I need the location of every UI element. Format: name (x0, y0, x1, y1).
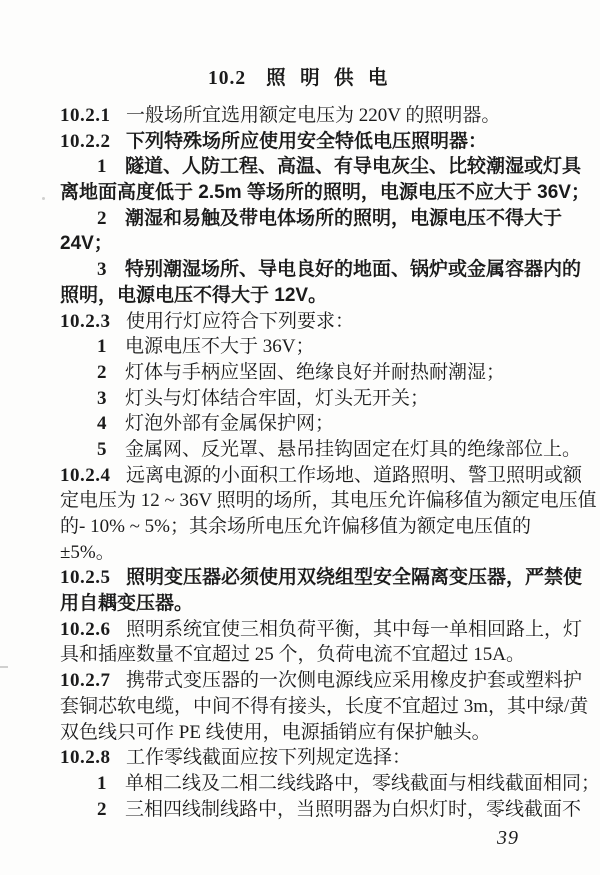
line-text: 携带式变压器的一次侧电源线应采用橡皮护套或塑料护 (126, 670, 582, 691)
list-item-line: 1电源电压不大于 36V； (60, 334, 542, 360)
item-number: 2 (97, 360, 125, 386)
line-text: 24V； (60, 233, 113, 254)
item-number: 3 (97, 386, 125, 412)
line-text: 一般场所宜选用额定电压为 220V 的照明器。 (126, 105, 500, 126)
line-text: 工作零线截面应按下列规定选择： (126, 747, 411, 768)
line-text: 用自耦变压器。 (60, 593, 193, 614)
item-number: 1 (97, 771, 125, 797)
line-text: 使用行灯应符合下列要求： (126, 311, 354, 332)
continuation-line: 24V； (60, 231, 542, 257)
clause-number: 10.2.3 (60, 309, 126, 335)
clause-number: 10.2.5 (60, 565, 126, 591)
line-text: 单相二线及二相二线线路中，零线截面与相线截面相同； (125, 773, 600, 794)
list-item-line: 1隧道、人防工程、高温、有导电灰尘、比较潮湿或灯具 (60, 154, 542, 180)
clause-line: 10.2.1一般场所宜选用额定电压为 220V 的照明器。 (60, 103, 542, 129)
clause-line: 10.2.7携带式变压器的一次侧电源线应采用橡皮护套或塑料护 (60, 668, 542, 694)
page-number: 39 (497, 827, 519, 850)
document-body: 10.2.1一般场所宜选用额定电压为 220V 的照明器。10.2.2下列特殊场… (60, 103, 542, 822)
line-text: 隧道、人防工程、高温、有导电灰尘、比较潮湿或灯具 (125, 156, 581, 177)
section-heading-title: 照 明 供 电 (266, 67, 392, 89)
continuation-line: 双色线只可作 PE 线使用，电源插销应有保护触头。 (60, 720, 542, 746)
line-text: 具和插座数量不宜超过 25 个，负荷电流不宜超过 15A。 (60, 644, 525, 665)
line-text: 双色线只可作 PE 线使用，电源插销应有保护触头。 (60, 722, 491, 743)
clause-number: 10.2.4 (60, 463, 126, 489)
line-text: 定电压为 12 ~ 36V 照明的场所，其电压允许偏移值为额定电压值 (60, 490, 597, 511)
clause-line: 10.2.6照明系统宜使三相负荷平衡，其中每一单相回路上，灯 (60, 617, 542, 643)
continuation-line: 用自耦变压器。 (60, 591, 542, 617)
line-text: 远离电源的小面积工作场地、道路照明、警卫照明或额 (126, 465, 582, 486)
line-text: 金属网、反光罩、悬吊挂钩固定在灯具的绝缘部位上。 (125, 439, 581, 460)
continuation-line: 定电压为 12 ~ 36V 照明的场所，其电压允许偏移值为额定电压值 (60, 488, 542, 514)
clause-line: 10.2.3使用行灯应符合下列要求： (60, 309, 542, 335)
continuation-line: 离地面高度低于 2.5m 等场所的照明，电源电压不应大于 36V； (60, 180, 542, 206)
line-text: 套铜芯软电缆，中间不得有接头，长度不宜超过 3m，其中绿/黄 (60, 696, 588, 717)
line-text: 三相四线制线路中，当照明器为白炽灯时，零线截面不 (125, 799, 581, 820)
clause-number: 10.2.1 (60, 103, 126, 129)
clause-number: 10.2.8 (60, 745, 126, 771)
line-text: 的- 10% ~ 5%；其余场所电压允许偏移值为额定电压值的 (60, 516, 531, 537)
continuation-line: 具和插座数量不宜超过 25 个，负荷电流不宜超过 15A。 (60, 642, 542, 668)
line-text: 离地面高度低于 2.5m 等场所的照明，电源电压不应大于 36V； (60, 182, 590, 203)
item-number: 3 (97, 257, 125, 283)
item-number: 2 (97, 797, 125, 823)
list-item-line: 5金属网、反光罩、悬吊挂钩固定在灯具的绝缘部位上。 (60, 437, 542, 463)
line-text: 灯头与灯体结合牢固，灯头无开关； (125, 388, 429, 409)
item-number: 2 (97, 206, 125, 232)
clause-number: 10.2.2 (60, 129, 126, 155)
line-text: 下列特殊场所应使用安全特低电压照明器： (126, 131, 487, 152)
section-heading: 10.2照 明 供 电 (0, 62, 600, 90)
item-number: 1 (97, 154, 125, 180)
line-text: 电源电压不大于 36V； (125, 336, 314, 357)
line-text: 特别潮湿场所、导电良好的地面、锅炉或金属容器内的 (125, 259, 581, 280)
list-item-line: 1单相二线及二相二线线路中，零线截面与相线截面相同； (60, 771, 542, 797)
list-item-line: 2潮湿和易触及带电体场所的照明，电源电压不得大于 (60, 206, 542, 232)
list-item-line: 2三相四线制线路中，当照明器为白炽灯时，零线截面不 (60, 797, 542, 823)
line-text: 灯体与手柄应坚固、绝缘良好并耐热耐潮湿； (125, 362, 505, 383)
continuation-line: 套铜芯软电缆，中间不得有接头，长度不宜超过 3m，其中绿/黄 (60, 694, 542, 720)
list-item-line: 2灯体与手柄应坚固、绝缘良好并耐热耐潮湿； (60, 360, 542, 386)
section-heading-number: 10.2 (208, 68, 246, 89)
document-page: 10.2照 明 供 电 10.2.1一般场所宜选用额定电压为 220V 的照明器… (0, 0, 600, 875)
list-item-line: 3特别潮湿场所、导电良好的地面、锅炉或金属容器内的 (60, 257, 542, 283)
clause-line: 10.2.5照明变压器必须使用双绕组型安全隔离变压器，严禁使 (60, 565, 542, 591)
scan-speck (42, 197, 45, 200)
clause-number: 10.2.7 (60, 668, 126, 694)
line-text: ±5%。 (60, 542, 115, 563)
clause-line: 10.2.4远离电源的小面积工作场地、道路照明、警卫照明或额 (60, 463, 542, 489)
clause-line: 10.2.2下列特殊场所应使用安全特低电压照明器： (60, 129, 542, 155)
line-text: 灯泡外部有金属保护网； (125, 413, 334, 434)
continuation-line: 照明，电源电压不得大于 12V。 (60, 283, 542, 309)
clause-number: 10.2.6 (60, 617, 126, 643)
line-text: 照明变压器必须使用双绕组型安全隔离变压器，严禁使 (126, 567, 582, 588)
item-number: 5 (97, 437, 125, 463)
list-item-line: 3灯头与灯体结合牢固，灯头无开关； (60, 386, 542, 412)
clause-line: 10.2.8工作零线截面应按下列规定选择： (60, 745, 542, 771)
item-number: 4 (97, 411, 125, 437)
scan-speck (0, 666, 8, 668)
line-text: 照明，电源电压不得大于 12V。 (60, 285, 327, 306)
continuation-line: 的- 10% ~ 5%；其余场所电压允许偏移值为额定电压值的 (60, 514, 542, 540)
item-number: 1 (97, 334, 125, 360)
list-item-line: 4灯泡外部有金属保护网； (60, 411, 542, 437)
line-text: 照明系统宜使三相负荷平衡，其中每一单相回路上，灯 (126, 619, 582, 640)
line-text: 潮湿和易触及带电体场所的照明，电源电压不得大于 (125, 208, 562, 229)
continuation-line: ±5%。 (60, 540, 542, 566)
